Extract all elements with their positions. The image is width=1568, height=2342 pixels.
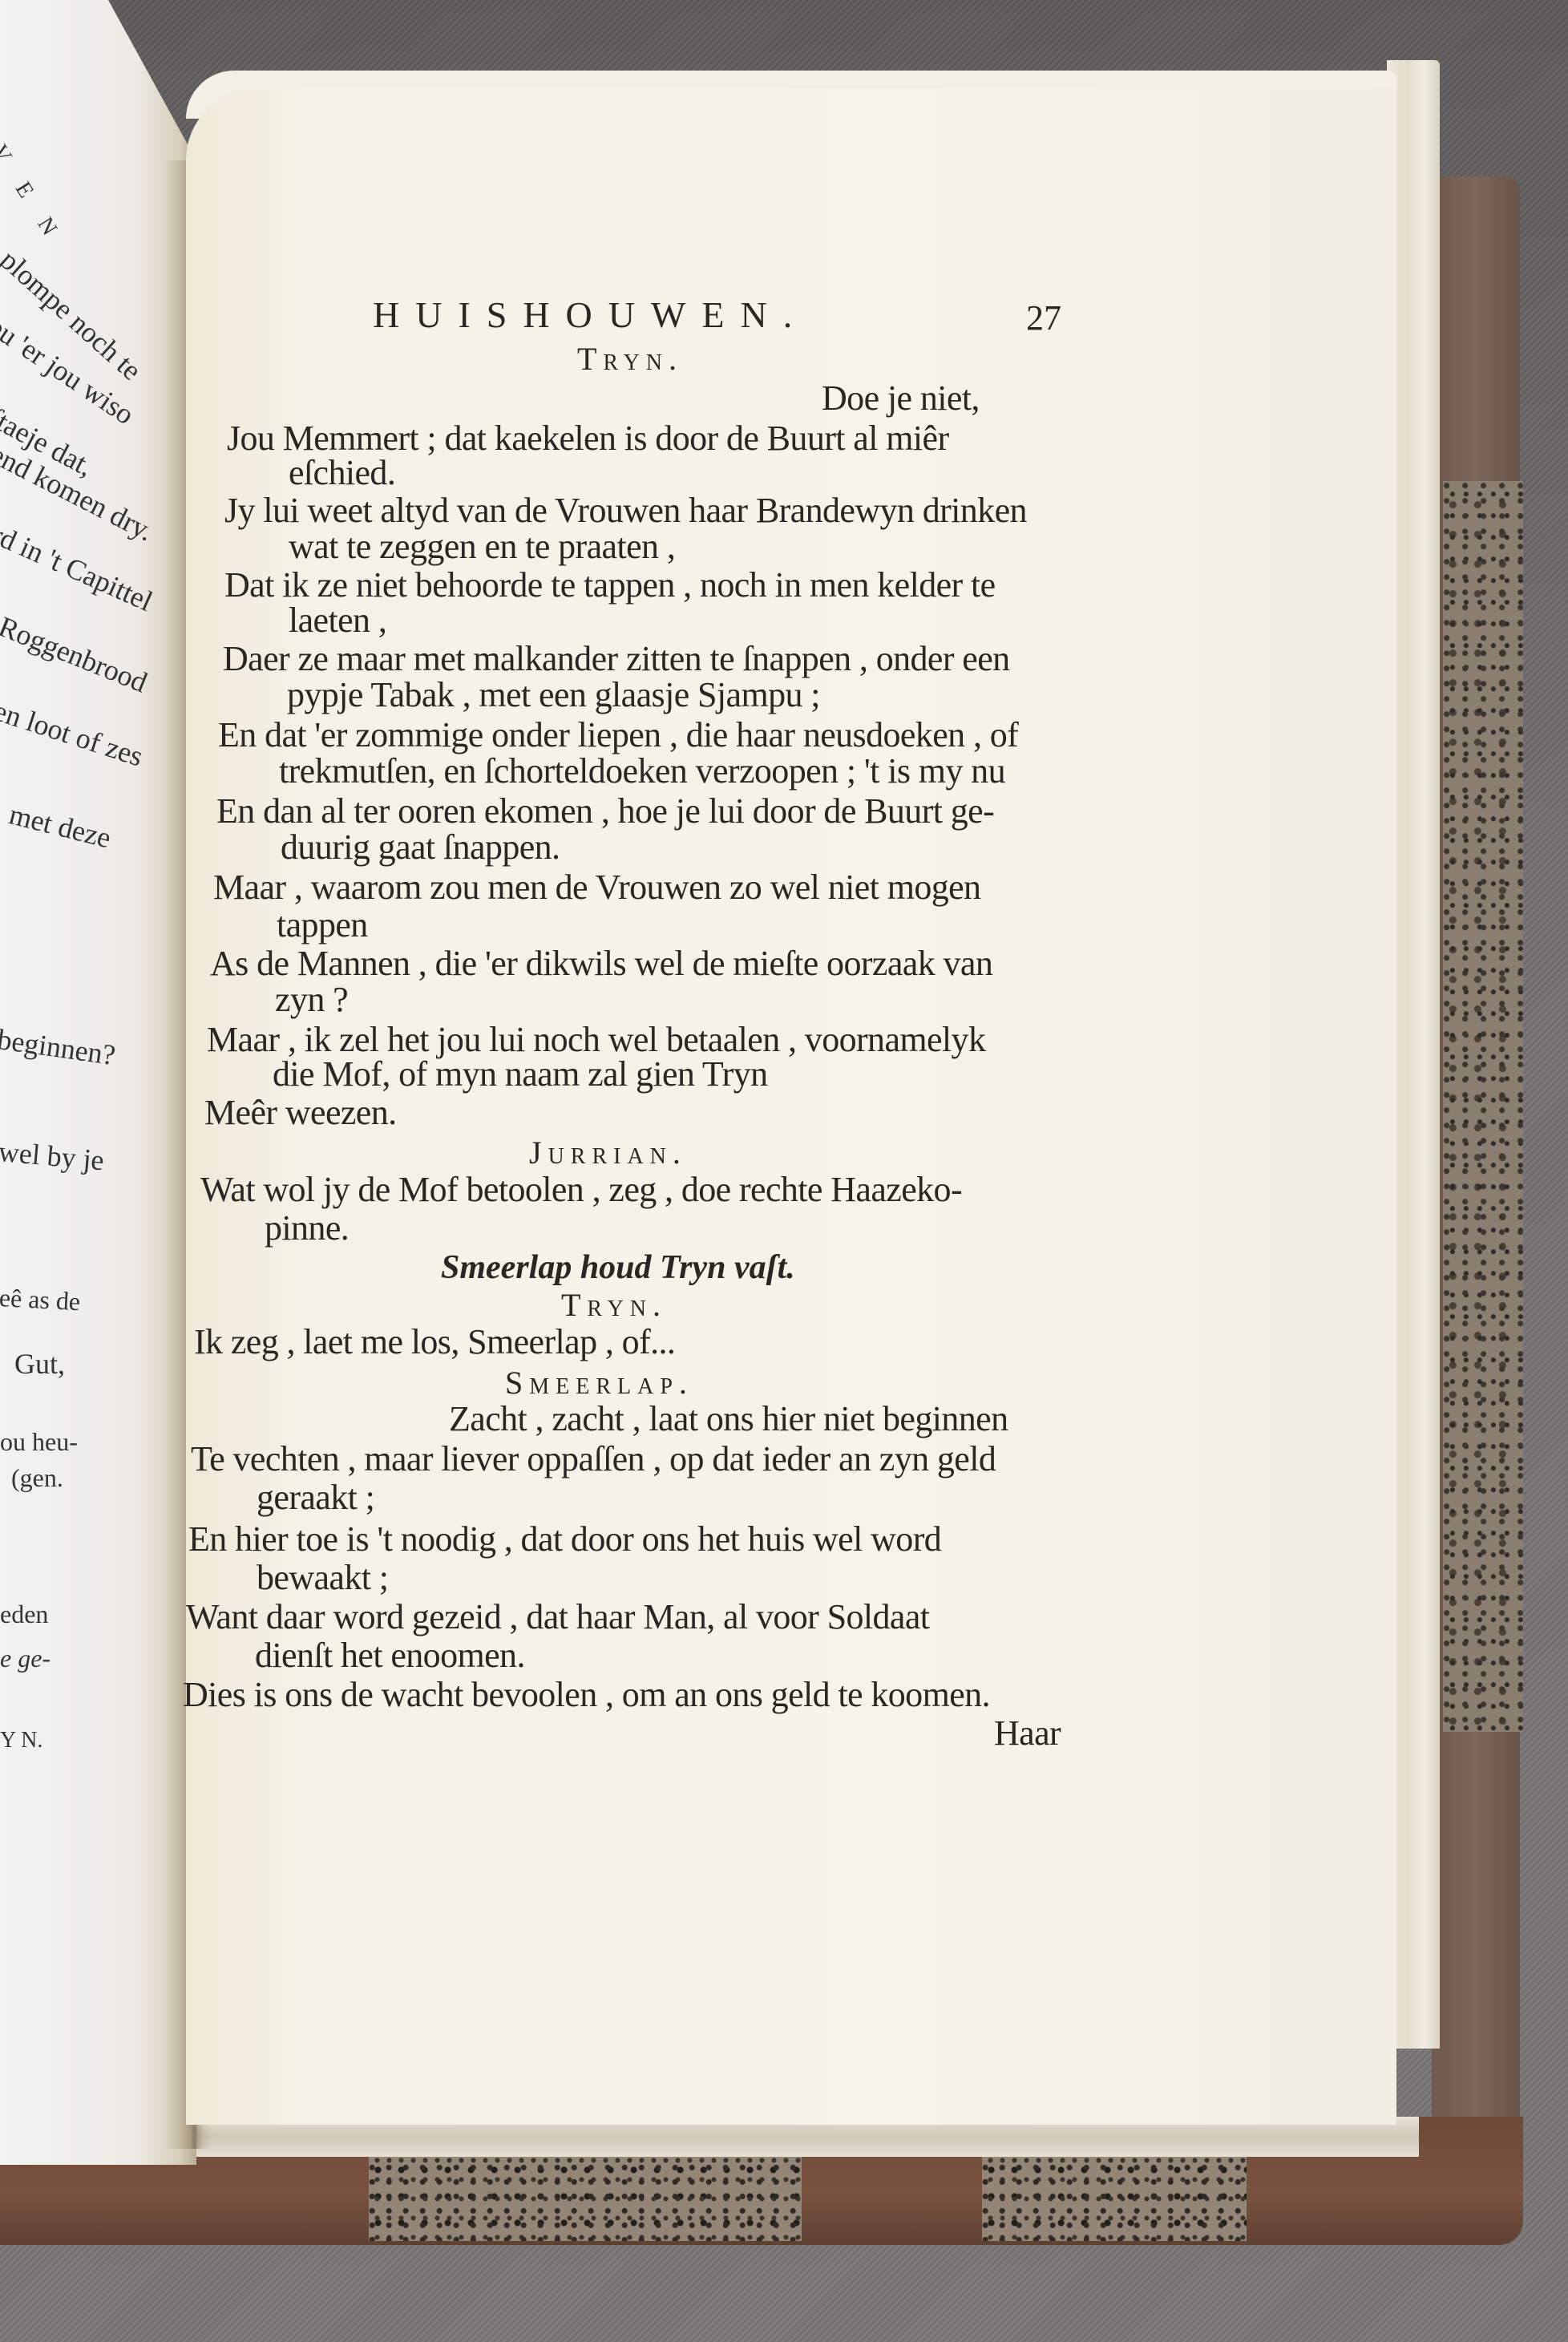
verse-line: Wat wol jy de Mof betoolen , zeg , doe r… bbox=[200, 1172, 962, 1207]
verse-line: Jy lui weet altyd van de Vrouwen haar Br… bbox=[224, 493, 1027, 528]
verse-line: En hier toe is 't noodig , dat door ons … bbox=[188, 1522, 941, 1557]
verse-turnover: eſchied. bbox=[289, 455, 395, 491]
verse-line: Zacht , zacht , laat ons hier niet begin… bbox=[449, 1402, 1008, 1437]
speaker-tryn: Tryn. bbox=[577, 343, 683, 375]
verse-line: Meêr weezen. bbox=[204, 1095, 397, 1131]
verse-line: Daer ze maar met malkander zitten te ſna… bbox=[223, 641, 1010, 677]
left-line: eden bbox=[0, 1600, 48, 1629]
verse-line: As de Mannen , die 'er dikwils wel de mi… bbox=[210, 946, 992, 981]
left-line: e ge- bbox=[0, 1644, 51, 1673]
verse-line: Maar , waarom zou men de Vrouwen zo wel … bbox=[213, 870, 980, 905]
verse-turnover: zyn ? bbox=[275, 982, 348, 1017]
stage-direction: Smeerlap houd Tryn vaſt. bbox=[441, 1251, 795, 1284]
verse-line: Maar , ik zel het jou lui noch wel betaa… bbox=[207, 1022, 985, 1058]
marbled-edge-bottom bbox=[369, 2149, 802, 2241]
speaker-tryn: Tryn. bbox=[561, 1289, 667, 1321]
left-line: ou heu- bbox=[0, 1427, 78, 1457]
left-line: Y N. bbox=[0, 1728, 42, 1753]
left-line: Gut, bbox=[14, 1347, 65, 1381]
verse-turnover: dienſt het enoomen. bbox=[255, 1638, 525, 1673]
verse-line: Dies is ons de wacht bevoolen , om an on… bbox=[183, 1677, 990, 1713]
catchword: Haar bbox=[994, 1716, 1061, 1751]
verse-line: Doe je niet, bbox=[822, 381, 980, 416]
running-head: HUISHOUWEN. bbox=[373, 297, 808, 334]
verse-line: Dat ik ze niet behoorde te tappen , noch… bbox=[224, 568, 996, 603]
verse-line: Want daar word gezeid , dat haar Man, al… bbox=[186, 1600, 929, 1635]
verse-line: En dan al ter ooren ekomen , hoe je lui … bbox=[216, 794, 994, 829]
verse-turnover: trekmutſen, en ſchorteldoeken verzoopen … bbox=[279, 754, 1005, 789]
marbled-edge-right bbox=[1443, 481, 1523, 1732]
verse-turnover: pinne. bbox=[265, 1211, 349, 1246]
verse-turnover: geraakt ; bbox=[257, 1480, 374, 1515]
left-line: eê as de bbox=[0, 1283, 81, 1317]
speaker-jurrian: Jurrian. bbox=[529, 1137, 687, 1169]
left-line: (gen. bbox=[11, 1463, 63, 1493]
verse-turnover: die Mof, of myn naam zal gien Tryn bbox=[273, 1057, 768, 1092]
speaker-smeerlap: Smeerlap. bbox=[505, 1367, 693, 1399]
verse-line: Jou Memmert ; dat kaekelen is door de Bu… bbox=[227, 421, 949, 456]
verse-turnover: bewaakt ; bbox=[257, 1560, 388, 1596]
verse-turnover: pypje Tabak , met een glaasje Sjampu ; bbox=[287, 678, 820, 713]
verse-turnover: laeten , bbox=[289, 603, 386, 638]
verse-line: Te vechten , maar liever oppaſſen , op d… bbox=[191, 1442, 996, 1477]
page-number: 27 bbox=[1026, 301, 1061, 336]
verse-line: Ik zeg , laet me los, Smeerlap , of... bbox=[194, 1325, 675, 1360]
marbled-edge-bottom bbox=[982, 2149, 1247, 2241]
verse-turnover: wat te zeggen en te praaten , bbox=[289, 529, 675, 564]
verse-turnover: duurig gaat ſnappen. bbox=[281, 830, 560, 865]
verse-turnover: tappen bbox=[277, 908, 368, 943]
verse-line: En dat 'er zommige onder liepen , die ha… bbox=[218, 718, 1018, 753]
